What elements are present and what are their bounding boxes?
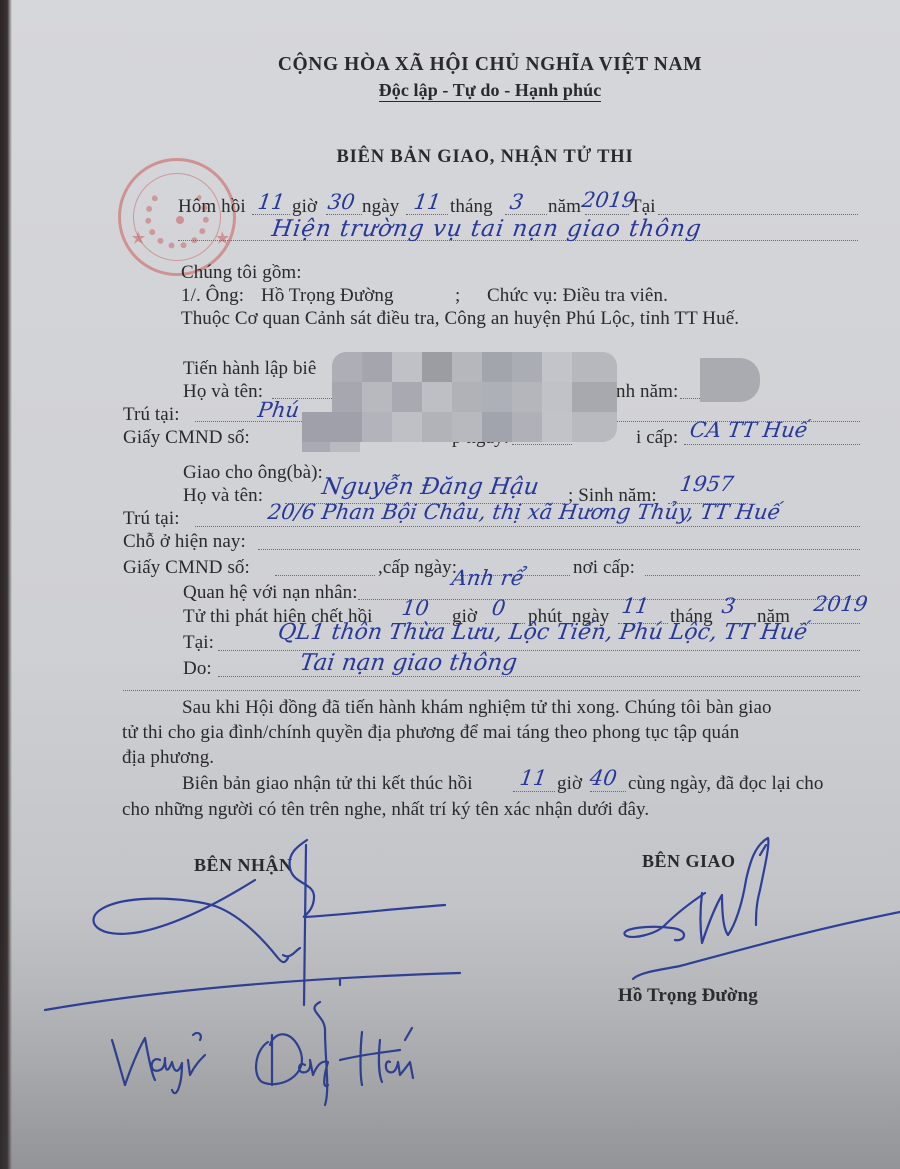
giver-signature-icon [0, 0, 900, 1169]
